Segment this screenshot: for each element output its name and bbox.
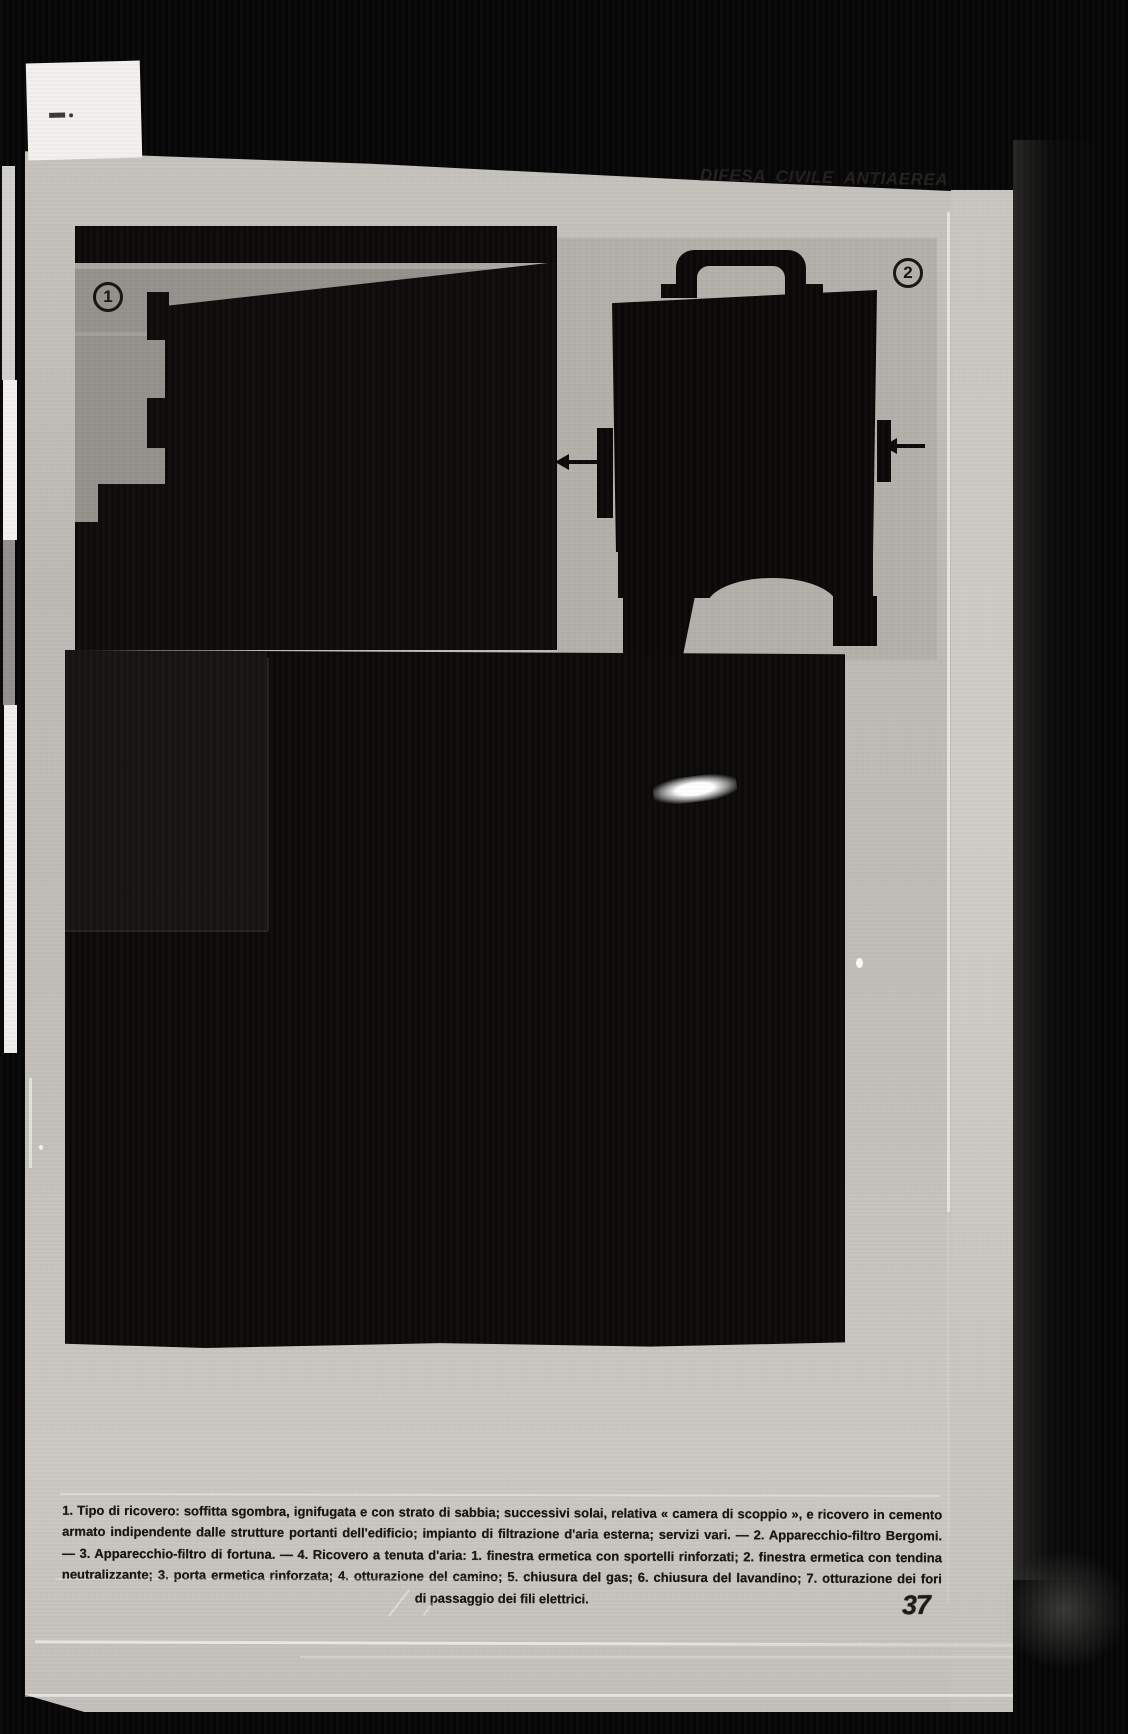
dark-photo-edge bbox=[267, 658, 269, 930]
figure-caption-block: 1. Tipo di ricovero: soffitta sgombra, i… bbox=[62, 1500, 943, 1612]
cabinet-base-shadow bbox=[98, 484, 168, 650]
scan-corner-mark bbox=[69, 113, 73, 117]
airflow-arrow-right-icon bbox=[893, 444, 925, 448]
airflow-arrow-left-head-icon bbox=[555, 454, 569, 470]
page-number: 37 bbox=[902, 1590, 931, 1621]
cabinet-base-shadow bbox=[75, 522, 101, 650]
scan-scratch-line bbox=[300, 1656, 1013, 1658]
figure-1-photo-shelter-type: 1 bbox=[75, 226, 557, 650]
scan-speck bbox=[856, 958, 863, 968]
scanned-book-page: DIFESA CIVILE ANTIAEREA 1 2 bbox=[0, 0, 1128, 1734]
apparatus-base-arch bbox=[707, 578, 837, 634]
apparatus-left-port bbox=[597, 428, 613, 518]
scan-white-strip bbox=[3, 540, 15, 705]
scan-edge-texture bbox=[1013, 140, 1103, 1580]
scan-white-strip bbox=[3, 380, 17, 540]
scan-white-strip bbox=[2, 166, 15, 380]
scan-white-strip bbox=[4, 705, 17, 1053]
photo-highlight bbox=[652, 771, 739, 807]
page-fold-line bbox=[947, 212, 950, 1212]
apparatus-handle-hole bbox=[697, 266, 785, 298]
apparatus-right-leg bbox=[833, 596, 877, 646]
photo1-top-bar bbox=[75, 226, 557, 263]
scan-speck bbox=[39, 1145, 43, 1150]
airflow-arrow-left-icon bbox=[567, 460, 601, 464]
dark-photo-left-panel bbox=[65, 650, 267, 932]
figure-3-4-photo-dark-shelter bbox=[65, 650, 845, 1348]
scan-white-line bbox=[29, 1078, 32, 1168]
apparatus-left-leg bbox=[623, 596, 695, 660]
page-fold-line-lower bbox=[947, 1212, 949, 1602]
figure-1-marker: 1 bbox=[93, 282, 123, 312]
page-right-margin-band bbox=[951, 190, 1013, 1712]
apparatus-handle-base bbox=[661, 284, 687, 298]
cabinet-drawer-lip bbox=[147, 398, 169, 448]
airflow-arrow-right-head-icon bbox=[883, 438, 897, 454]
scan-corner-glow bbox=[1000, 1550, 1128, 1670]
figure-1-marker-number: 1 bbox=[103, 287, 112, 307]
figure-2-marker: 2 bbox=[893, 258, 923, 288]
photo1-streak bbox=[75, 263, 557, 269]
scan-scratch-line bbox=[55, 1578, 525, 1580]
dark-photo-edge bbox=[65, 930, 269, 932]
caption-line: neutralizzante; 3. porta ermetica rinfor… bbox=[62, 1564, 942, 1590]
scan-corner-patch bbox=[26, 61, 143, 161]
filter-apparatus-box bbox=[612, 290, 877, 552]
figure-2-photo-filter-apparatus: 2 bbox=[557, 238, 937, 660]
cabinet-drawer-lip bbox=[147, 292, 169, 340]
scan-scratch-line bbox=[25, 1694, 1013, 1697]
cabinet-silhouette bbox=[165, 250, 557, 650]
scan-corner-mark bbox=[49, 112, 65, 117]
figure-2-marker-number: 2 bbox=[903, 263, 912, 283]
